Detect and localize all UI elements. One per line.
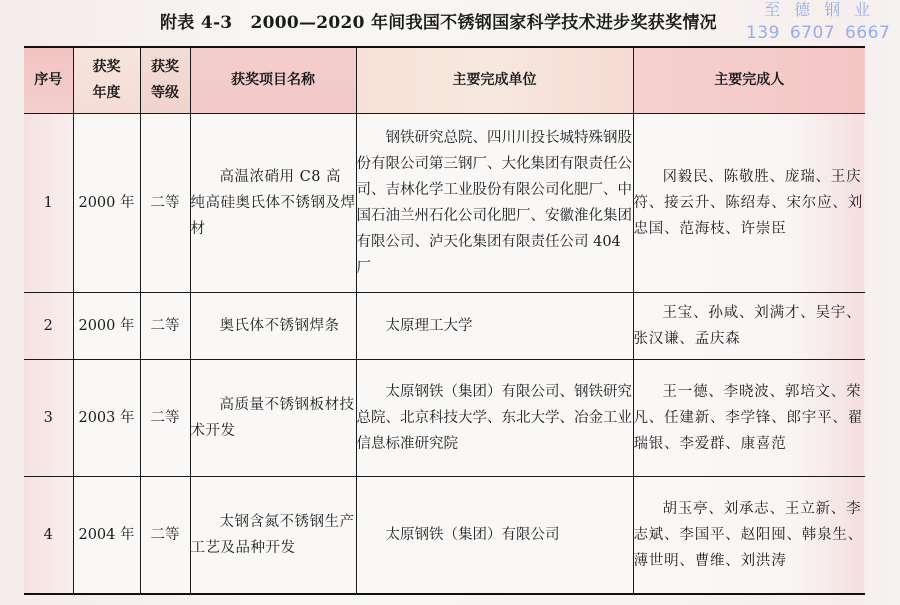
header-grade: 获奖 等级 bbox=[140, 47, 190, 113]
cell-year: 2004 年 bbox=[73, 476, 140, 594]
header-year: 获奖 年度 bbox=[73, 47, 140, 113]
people-text: 王宝、孙咸、刘满才、吴宇、张汉谦、孟庆森 bbox=[634, 300, 866, 352]
header-people: 主要完成人 bbox=[633, 47, 865, 113]
people-text: 冈毅民、陈敬胜、庞瑞、王庆符、接云升、陈绍寿、宋尔应、刘忠国、范海枝、许崇臣 bbox=[634, 164, 866, 242]
table-number: 附表 4-3 bbox=[160, 13, 232, 33]
cell-grade: 二等 bbox=[140, 292, 190, 359]
cell-no: 4 bbox=[24, 476, 73, 594]
table-caption: 附表 4-32000—2020 年间我国不锈钢国家科学技术进步奖获奖情况 bbox=[160, 8, 717, 33]
cell-grade: 二等 bbox=[140, 476, 190, 594]
units-text: 钢铁研究总院、四川川投长城特殊钢股份有限公司第三钢厂、大化集团有限责任公司、吉林… bbox=[357, 125, 633, 281]
header-units: 主要完成单位 bbox=[356, 47, 633, 113]
cell-units: 太原理工大学 bbox=[356, 292, 633, 359]
cell-year: 2000 年 bbox=[73, 113, 140, 292]
cell-units: 太原钢铁（集团）有限公司 bbox=[356, 476, 633, 594]
cell-people: 胡玉亭、刘承志、王立新、李志斌、李国平、赵阳囤、韩泉生、薄世明、曹维、刘洪涛 bbox=[633, 476, 865, 594]
cell-project: 高质量不锈钢板材技术开发 bbox=[190, 359, 356, 476]
cell-year: 2000 年 bbox=[73, 292, 140, 359]
table-row: 4 2004 年 二等 太钢含氮不锈钢生产工艺及品种开发 太原钢铁（集团）有限公… bbox=[24, 476, 865, 594]
document-page: 附表 4-32000—2020 年间我国不锈钢国家科学技术进步奖获奖情况 至德钢… bbox=[0, 0, 900, 605]
project-text: 太钢含氮不锈钢生产工艺及品种开发 bbox=[191, 509, 356, 561]
table-title: 2000—2020 年间我国不锈钢国家科学技术进步奖获奖情况 bbox=[250, 13, 717, 33]
project-text: 高温浓硝用 C8 高纯高硅奥氏体不锈钢及焊材 bbox=[191, 164, 356, 242]
header-year-line2: 年度 bbox=[74, 80, 140, 106]
header-no: 序号 bbox=[24, 47, 73, 113]
cell-project: 奥氏体不锈钢焊条 bbox=[190, 292, 356, 359]
header-row: 序号 获奖 年度 获奖 等级 获奖项目名称 主要完成单位 主要完成人 bbox=[24, 47, 865, 113]
project-text: 奥氏体不锈钢焊条 bbox=[191, 313, 356, 339]
awards-table: 序号 获奖 年度 获奖 等级 获奖项目名称 主要完成单位 主要完成人 1 200… bbox=[24, 46, 865, 595]
cell-units: 太原钢铁（集团）有限公司、钢铁研究总院、北京科技大学、东北大学、冶金工业信息标准… bbox=[356, 359, 633, 476]
units-text: 太原钢铁（集团）有限公司 bbox=[357, 522, 633, 548]
cell-project: 太钢含氮不锈钢生产工艺及品种开发 bbox=[190, 476, 356, 594]
cell-units: 钢铁研究总院、四川川投长城特殊钢股份有限公司第三钢厂、大化集团有限责任公司、吉林… bbox=[356, 113, 633, 292]
header-grade-line1: 获奖 bbox=[141, 54, 190, 80]
header-year-line1: 获奖 bbox=[74, 54, 140, 80]
cell-no: 1 bbox=[24, 113, 73, 292]
cell-no: 3 bbox=[24, 359, 73, 476]
table-row: 1 2000 年 二等 高温浓硝用 C8 高纯高硅奥氏体不锈钢及焊材 钢铁研究总… bbox=[24, 113, 865, 292]
table-row: 3 2003 年 二等 高质量不锈钢板材技术开发 太原钢铁（集团）有限公司、钢铁… bbox=[24, 359, 865, 476]
people-text: 王一德、李晓波、郭培文、荣凡、任建新、李学锋、郎宇平、翟瑞银、李爱群、康喜范 bbox=[634, 379, 866, 457]
cell-people: 王宝、孙咸、刘满才、吴宇、张汉谦、孟庆森 bbox=[633, 292, 865, 359]
units-text: 太原钢铁（集团）有限公司、钢铁研究总院、北京科技大学、东北大学、冶金工业信息标准… bbox=[357, 379, 633, 457]
cell-project: 高温浓硝用 C8 高纯高硅奥氏体不锈钢及焊材 bbox=[190, 113, 356, 292]
table-row: 2 2000 年 二等 奥氏体不锈钢焊条 太原理工大学 王宝、孙咸、刘满才、吴宇… bbox=[24, 292, 865, 359]
units-text: 太原理工大学 bbox=[357, 313, 633, 339]
watermark: 至德钢业 139 6707 6667 bbox=[746, 2, 890, 42]
watermark-phone: 139 6707 6667 bbox=[746, 25, 890, 42]
watermark-name: 至德钢业 bbox=[758, 2, 890, 18]
people-text: 胡玉亭、刘承志、王立新、李志斌、李国平、赵阳囤、韩泉生、薄世明、曹维、刘洪涛 bbox=[634, 496, 866, 574]
header-project: 获奖项目名称 bbox=[190, 47, 356, 113]
project-text: 高质量不锈钢板材技术开发 bbox=[191, 392, 356, 444]
cell-year: 2003 年 bbox=[73, 359, 140, 476]
cell-people: 王一德、李晓波、郭培文、荣凡、任建新、李学锋、郎宇平、翟瑞银、李爱群、康喜范 bbox=[633, 359, 865, 476]
cell-people: 冈毅民、陈敬胜、庞瑞、王庆符、接云升、陈绍寿、宋尔应、刘忠国、范海枝、许崇臣 bbox=[633, 113, 865, 292]
header-grade-line2: 等级 bbox=[141, 80, 190, 106]
cell-grade: 二等 bbox=[140, 359, 190, 476]
cell-no: 2 bbox=[24, 292, 73, 359]
cell-grade: 二等 bbox=[140, 113, 190, 292]
